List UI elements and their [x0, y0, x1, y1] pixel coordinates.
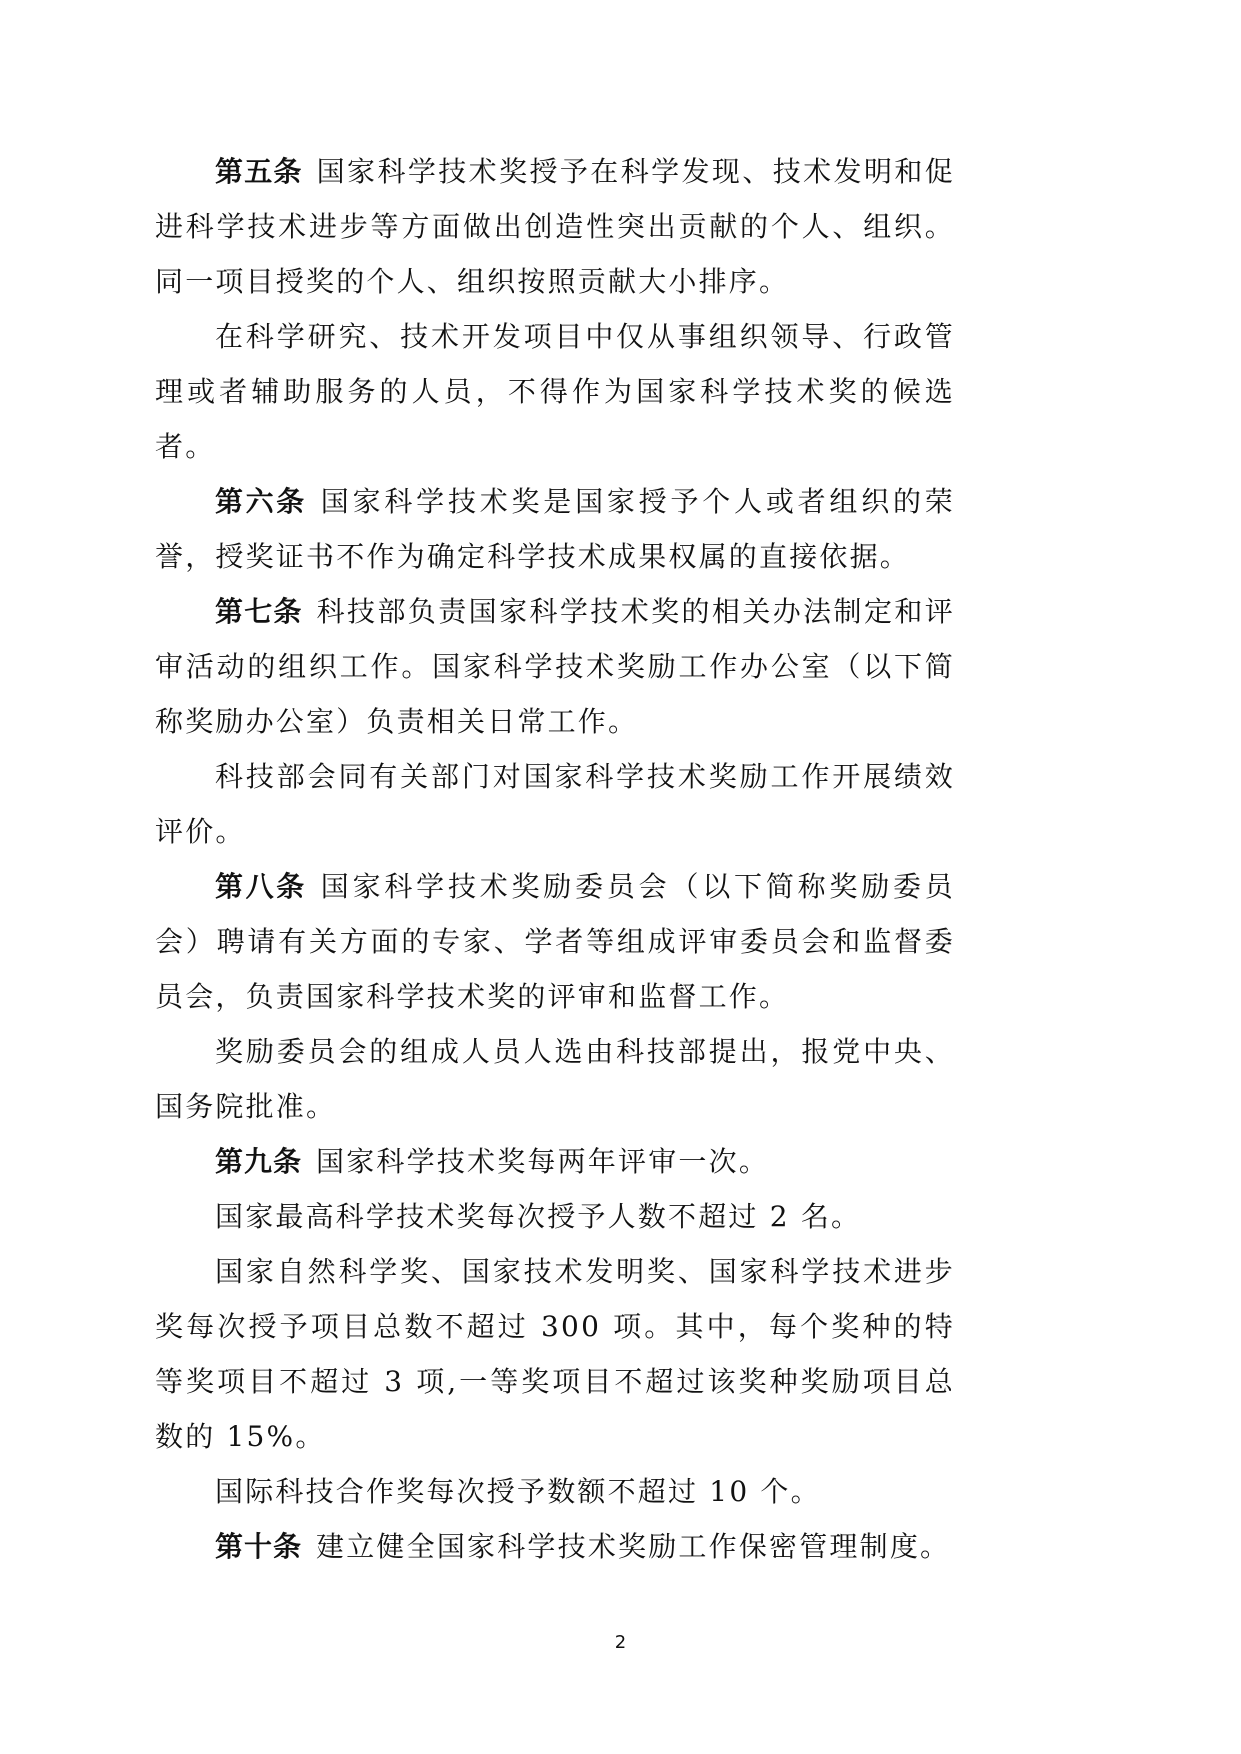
paragraph-text: 奖励委员会的组成人员人选由科技部提出，报党中央、国务院批准。 [155, 1035, 955, 1123]
paragraph-text: 国家最高科学技术奖每次授予人数不超过 2 名。 [215, 1200, 861, 1233]
article-number: 第十条 [215, 1530, 302, 1563]
paragraph-article-5: 第五条国家科学技术奖授予在科学发现、技术发明和促进科学技术进步等方面做出创造性突… [155, 144, 955, 309]
paragraph-article-5-clause-2: 在科学研究、技术开发项目中仅从事组织领导、行政管理或者辅助服务的人员，不得作为国… [155, 309, 955, 474]
paragraph-text: 国际科技合作奖每次授予数额不超过 10 个。 [215, 1475, 821, 1508]
paragraph-text: 在科学研究、技术开发项目中仅从事组织领导、行政管理或者辅助服务的人员，不得作为国… [155, 320, 955, 463]
paragraph-article-9-clause-4: 国际科技合作奖每次授予数额不超过 10 个。 [155, 1464, 955, 1519]
paragraph-article-7-clause-2: 科技部会同有关部门对国家科学技术奖励工作开展绩效评价。 [155, 749, 955, 859]
paragraph-article-8-clause-2: 奖励委员会的组成人员人选由科技部提出，报党中央、国务院批准。 [155, 1024, 955, 1134]
article-number: 第七条 [215, 595, 303, 628]
paragraph-article-8: 第八条国家科学技术奖励委员会（以下简称奖励委员会）聘请有关方面的专家、学者等组成… [155, 859, 955, 1024]
article-number: 第五条 [215, 155, 303, 188]
article-number: 第九条 [215, 1145, 302, 1178]
document-page-body: 第五条国家科学技术奖授予在科学发现、技术发明和促进科学技术进步等方面做出创造性突… [155, 144, 955, 1574]
paragraph-article-9-clause-3: 国家自然科学奖、国家技术发明奖、国家科学技术进步奖每次授予项目总数不超过 300… [155, 1244, 955, 1464]
paragraph-article-7: 第七条科技部负责国家科学技术奖的相关办法制定和评审活动的组织工作。国家科学技术奖… [155, 584, 955, 749]
paragraph-article-9-clause-2: 国家最高科学技术奖每次授予人数不超过 2 名。 [155, 1189, 955, 1244]
page-number: 2 [0, 1632, 1241, 1653]
paragraph-text: 国家科学技术奖每两年评审一次。 [316, 1145, 769, 1178]
paragraph-article-9: 第九条国家科学技术奖每两年评审一次。 [155, 1134, 955, 1189]
paragraph-text: 建立健全国家科学技术奖励工作保密管理制度。 [316, 1530, 950, 1563]
paragraph-text: 科技部会同有关部门对国家科学技术奖励工作开展绩效评价。 [155, 760, 955, 848]
article-number: 第八条 [215, 870, 307, 903]
paragraph-text: 国家自然科学奖、国家技术发明奖、国家科学技术进步奖每次授予项目总数不超过 300… [155, 1255, 955, 1453]
paragraph-article-10: 第十条建立健全国家科学技术奖励工作保密管理制度。 [155, 1519, 955, 1574]
article-number: 第六条 [215, 485, 307, 518]
paragraph-article-6: 第六条国家科学技术奖是国家授予个人或者组织的荣誉，授奖证书不作为确定科学技术成果… [155, 474, 955, 584]
